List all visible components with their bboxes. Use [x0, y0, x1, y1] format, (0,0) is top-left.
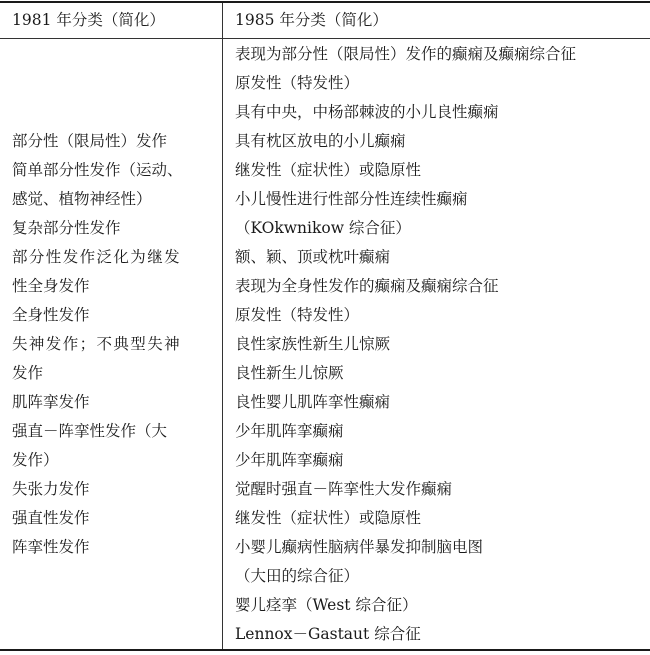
list-item: 部分性发作泛化为继发: [12, 243, 183, 272]
list-item: 具有中央，中杨部棘波的小儿良性癫痫: [235, 98, 576, 127]
list-item: 良性家族性新生儿惊厥: [235, 330, 576, 359]
list-item: （大田的综合征）: [235, 562, 576, 591]
list-item: 感觉、植物神经性）: [12, 185, 183, 214]
table-top-rule: [0, 1, 650, 3]
list-item: （KOkwnikow 综合征）: [235, 214, 576, 243]
list-item: Lennox－Gastaut 综合征: [235, 620, 576, 649]
list-item: 少年肌阵挛癫痫: [235, 446, 576, 475]
list-item: 失张力发作: [12, 475, 183, 504]
list-item: 继发性（症状性）或隐原性: [235, 504, 576, 533]
list-item: 复杂部分性发作: [12, 214, 183, 243]
list-item: 性全身发作: [12, 272, 183, 301]
list-item: 阵挛性发作: [12, 533, 183, 562]
list-item: 具有枕区放电的小儿癫痫: [235, 127, 576, 156]
list-item: 额、颖、顶或枕叶癫痫: [235, 243, 576, 272]
list-item: 失神发作；不典型失神: [12, 330, 183, 359]
list-item: 表现为全身性发作的癫痫及癫痫综合征: [235, 272, 576, 301]
table-bottom-rule: [0, 649, 650, 651]
column-1985-list: 表现为部分性（限局性）发作的癫痫及癫痫综合征 原发性（特发性） 具有中央，中杨部…: [235, 40, 576, 649]
list-item: 继发性（症状性）或隐原性: [235, 156, 576, 185]
column-divider: [222, 3, 223, 649]
header-1985: 1985 年分类（简化）: [235, 8, 388, 32]
list-item: 全身性发作: [12, 301, 183, 330]
list-item: 简单部分性发作（运动、: [12, 156, 183, 185]
list-item: 良性新生儿惊厥: [235, 359, 576, 388]
list-item: 少年肌阵挛癫痫: [235, 417, 576, 446]
classification-table: 1981 年分类（简化） 1985 年分类（简化） 部分性（限局性）发作 简单部…: [0, 0, 650, 655]
list-item: 婴儿痉挛（West 综合征）: [235, 591, 576, 620]
list-item: 原发性（特发性）: [235, 69, 576, 98]
list-item: 强直性发作: [12, 504, 183, 533]
list-item: 肌阵挛发作: [12, 388, 183, 417]
list-item: 强直－阵挛性发作（大: [12, 417, 183, 446]
list-item: 发作）: [12, 446, 183, 475]
list-item: 部分性（限局性）发作: [12, 127, 183, 156]
list-item: 发作: [12, 359, 183, 388]
column-1981-list: 部分性（限局性）发作 简单部分性发作（运动、 感觉、植物神经性） 复杂部分性发作…: [12, 127, 183, 562]
list-item: 觉醒时强直－阵挛性大发作癫痫: [235, 475, 576, 504]
list-item: 原发性（特发性）: [235, 301, 576, 330]
header-1981: 1981 年分类（简化）: [12, 8, 165, 32]
list-item: 表现为部分性（限局性）发作的癫痫及癫痫综合征: [235, 40, 576, 69]
list-item: 良性婴儿肌阵挛性癫痫: [235, 388, 576, 417]
header-rule: [0, 38, 650, 39]
list-item: 小儿慢性进行性部分性连续性癫痫: [235, 185, 576, 214]
list-item: 小婴儿癫病性脑病伴暴发抑制脑电图: [235, 533, 576, 562]
